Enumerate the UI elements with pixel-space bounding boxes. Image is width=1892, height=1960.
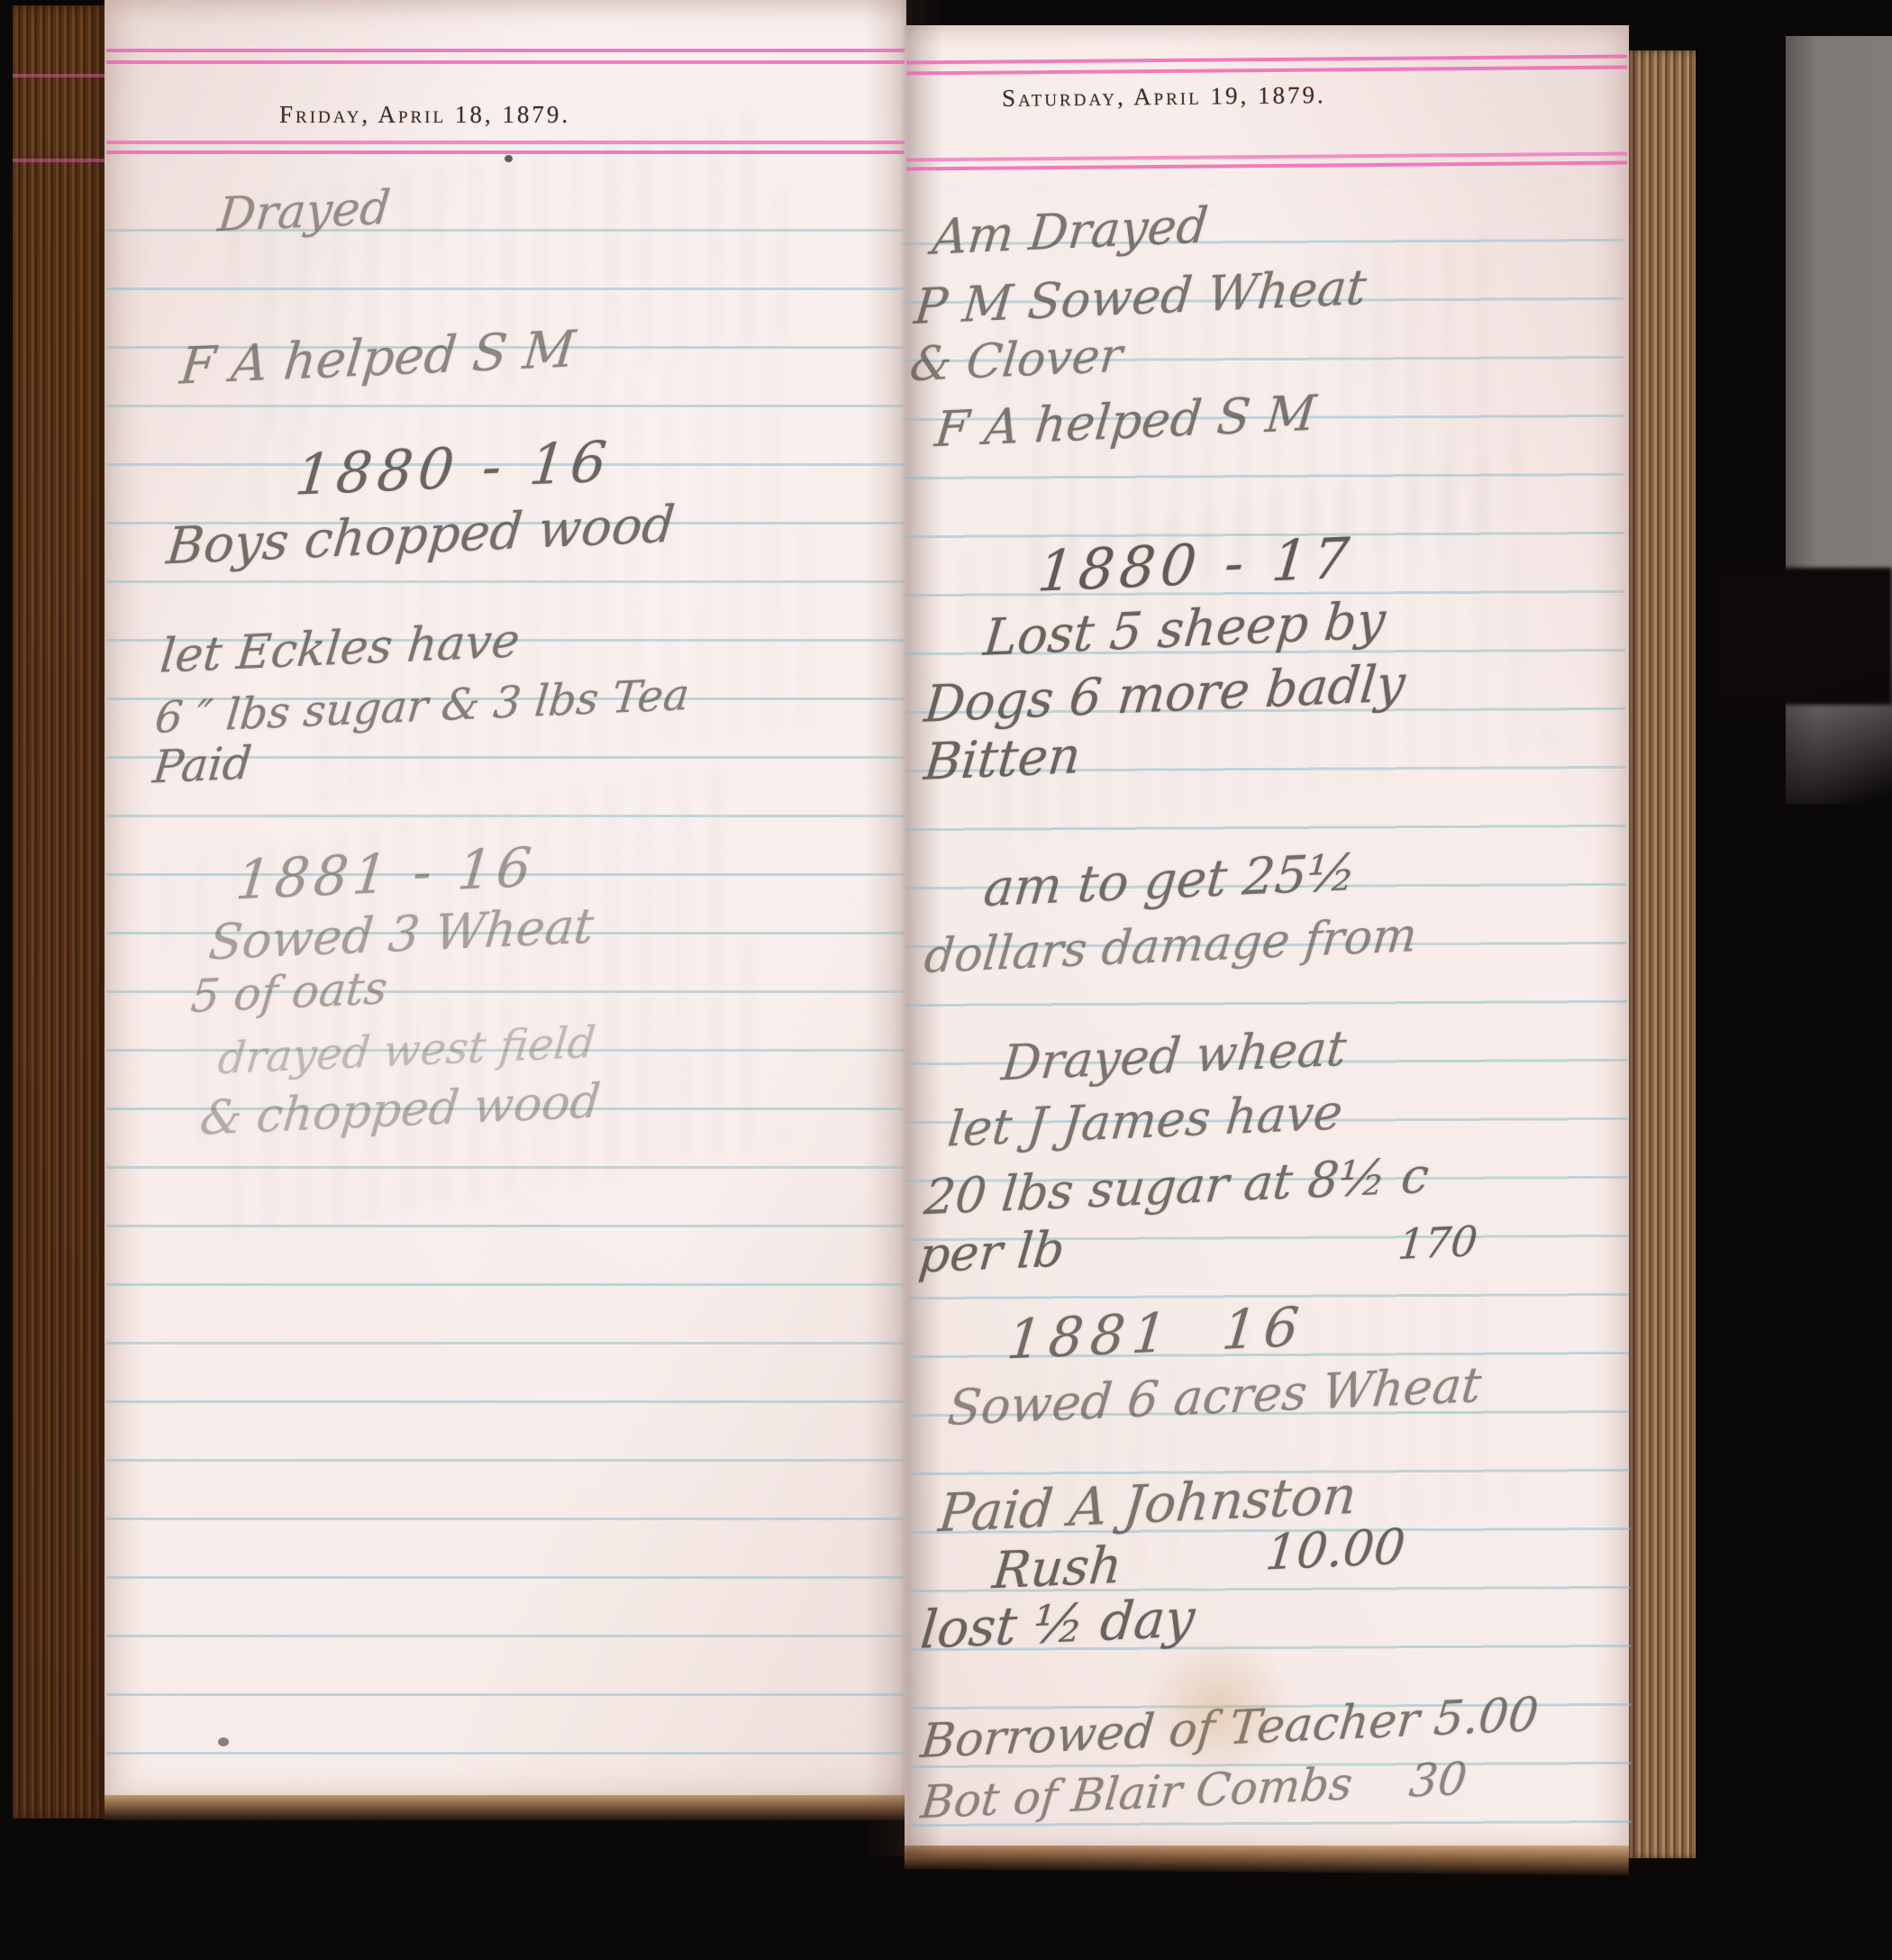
pink-rule <box>106 49 905 52</box>
diary-entry: 1880 - 16 <box>293 428 615 508</box>
diary-entry: 5 of oats <box>188 962 389 1023</box>
page-edges-bottom-left <box>105 1791 906 1820</box>
diary-entry: Paid <box>150 736 254 793</box>
pink-rule <box>106 141 905 144</box>
printed-date-header-left: Friday, April 18, 1879. <box>279 101 570 129</box>
pink-rule <box>106 150 905 154</box>
scanner-shadow <box>1766 631 1892 865</box>
diary-entry-amount: 10.00 <box>1263 1518 1408 1581</box>
pink-rule-edge <box>13 74 106 77</box>
printed-date-header-right: Saturday, April 19, 1879. <box>1002 81 1326 113</box>
diary-entry: Drayed <box>215 181 393 243</box>
diary-entry-amount: 170 <box>1396 1217 1479 1269</box>
diary-scan: Friday, April 18, 1879. Saturday, April … <box>0 0 1892 1960</box>
page-edges-left <box>13 5 106 1819</box>
diary-entry: per lb <box>916 1220 1067 1283</box>
diary-entry: Bitten <box>922 726 1083 792</box>
paper-speck <box>505 155 513 162</box>
pink-rule-edge <box>13 159 106 162</box>
paper-speck <box>218 1737 229 1746</box>
diary-entry: lost ½ day <box>918 1587 1197 1661</box>
paper-stain <box>1142 1636 1296 1780</box>
diary-entry: & Clover <box>907 329 1124 393</box>
diary-entry: 1881 16 <box>1005 1296 1309 1372</box>
page-edges-right <box>1627 50 1696 1858</box>
diary-entry: 1880 - 17 <box>1035 524 1358 605</box>
pink-rule <box>106 60 905 64</box>
